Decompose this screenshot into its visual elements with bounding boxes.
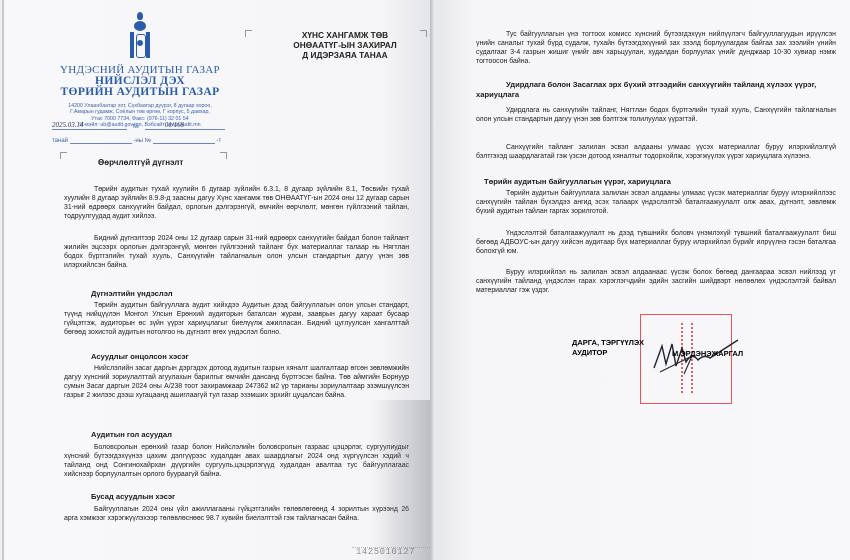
handwritten-date: 2025.03.14: [52, 121, 84, 129]
your-no-label: -ны №: [133, 138, 151, 144]
document-title: Өөрчлөлтгүй дүгнэлт: [98, 158, 183, 167]
number-label: №: [133, 124, 139, 130]
heading-key-matters: Аудитын гол асуудал: [91, 430, 172, 439]
paragraph-emphasis: Нийслэлийн засаг даргын дэргэдэх дотоод …: [64, 364, 409, 400]
reference-row: танай -ны № -т: [52, 135, 221, 144]
your-label: танай: [52, 138, 68, 144]
paragraph-internal-control: Санхүүгийн тайланг залилан эсвэл алдааны…: [476, 143, 836, 161]
paragraph-legal-basis: Төрийн аудитын тухай хуулийн 6 дугаар зү…: [64, 185, 409, 221]
handwritten-number: 01/169: [165, 121, 184, 129]
paragraph-reasonable-assurance: Үндэслэлтэй баталгаажуулалт нь дээд түвш…: [476, 229, 836, 256]
paragraph-pricing: Тус байгууллагын үнэ тогтоох комисс хүнс…: [476, 30, 836, 66]
document-page-right: Тус байгууллагын үнэ тогтоох комисс хүнс…: [436, 0, 850, 560]
paragraph-management: Удирдлага нь санхүүгийн тайланг, Нягтлан…: [476, 106, 836, 124]
soyombo-emblem-icon: [129, 12, 151, 60]
org-name-line3: ТӨРИЙН АУДИТЫН ГАЗАР: [40, 87, 240, 98]
heading-management-responsibility: Удирдлага болон Засаглах эрх бүхий этгээ…: [476, 80, 836, 100]
paragraph-misstatement: Буруу илэрхийлэл нь залилан эсвэл алдаан…: [476, 268, 836, 295]
paragraph-opinion: Бидний дүгнэлтээр 2024 оны 12 дугаар сар…: [64, 234, 409, 270]
signer-name: М.ЭРДЭНЭЖАРГАЛ: [672, 349, 743, 358]
paragraph-other-matters: Байгууллагын 2024 оны үйл ажиллагааны гү…: [64, 505, 409, 523]
heading-other-matters: Бусад асуудлын хэсэг: [91, 492, 175, 501]
page-edge: [2, 0, 4, 560]
registration-row: 2025.03.14 № 01/169: [52, 121, 225, 130]
paragraph-basis: Төрийн аудитын байгууллага аудит хийхдээ…: [64, 301, 409, 337]
document-page-left: ҮНДЭСНИЙ АУДИТЫН ГАЗАР НИЙСЛЭЛ ДЭХ ТӨРИЙ…: [0, 0, 432, 560]
signature-icon: [652, 338, 742, 378]
addressee-block: ХҮНС ХАНГАМЖ ТӨВ ОНӨААТҮГ-ЫН ЗАХИРАЛ Д И…: [270, 30, 420, 60]
heading-basis: Дүгнэлтийн үндэслэл: [91, 289, 173, 298]
signer-title: ДАРГА, ТЭРГҮҮЛЭХ АУДИТОР: [572, 338, 644, 357]
heading-emphasis: Асуудлыг онцолсон хэсэг: [91, 352, 189, 361]
letterhead: ҮНДЭСНИЙ АУДИТЫН ГАЗАР НИЙСЛЭЛ ДЭХ ТӨРИЙ…: [40, 10, 240, 128]
heading-auditor-responsibility: Төрийн аудитын байгууллагын үүрэг, хариу…: [476, 177, 836, 186]
paragraph-auditor-objective: Төрийн аудитын байгууллага залилан эсвэл…: [476, 189, 836, 216]
paragraph-key-matters: Боловсролын ерөнхий газар болон Нийслэли…: [64, 443, 409, 479]
suffix-label: -т: [216, 138, 221, 144]
